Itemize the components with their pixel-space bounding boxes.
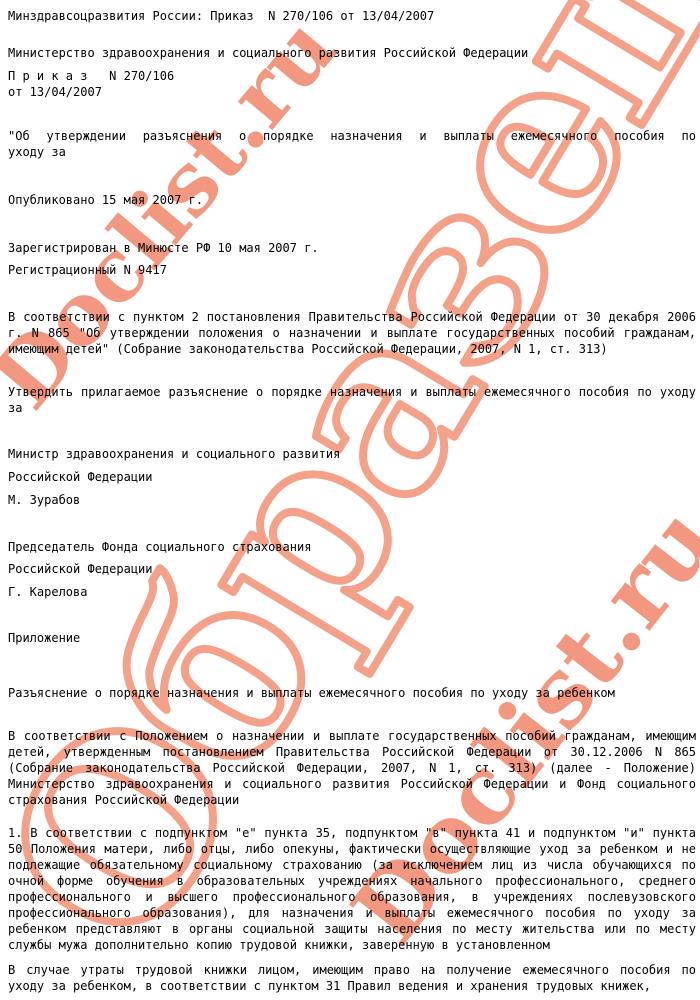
doc-line: Приложение <box>8 630 696 646</box>
doc-line: Утвердить прилагаемое разъяснение о поря… <box>8 384 696 400</box>
document-page: Образец Doclist.ru Doclist.ru Минздравсо… <box>0 0 700 1000</box>
doc-line: Регистрационный N 9417 <box>8 262 696 278</box>
doc-line: Председатель Фонда социального страхован… <box>8 539 696 555</box>
doc-line: Российской Федерации <box>8 469 696 485</box>
doc-paragraph: Российской Федерации <box>8 561 696 577</box>
doc-line: от 13/04/2007 <box>8 84 696 100</box>
doc-line: Зарегистрирован в Минюсте РФ 10 мая 2007… <box>8 240 696 256</box>
doc-paragraph: Регистрационный N 9417 <box>8 262 696 278</box>
doc-line: уходу за <box>8 144 696 160</box>
doc-paragraph: Утвердить прилагаемое разъяснение о поря… <box>8 384 696 416</box>
doc-line: Министерство здравоохранения и социально… <box>8 776 696 792</box>
doc-line: В случае утраты трудовой книжки лицом, и… <box>8 962 696 978</box>
doc-paragraph: Приложение <box>8 630 696 646</box>
doc-line: (Собрание законодательства Российской Фе… <box>8 760 696 776</box>
doc-line: М. Зурабов <box>8 492 696 508</box>
doc-line: г. N 865 "Об утверждении положения о наз… <box>8 325 696 341</box>
doc-line: профессионального и высшего профессионал… <box>8 889 696 905</box>
doc-line: профессионального образования), для назн… <box>8 905 696 921</box>
doc-line: уходу за ребенком, в соответствии с пунк… <box>8 978 696 994</box>
doc-line: страхования Российской Федерации <box>8 792 696 808</box>
doc-line: Министерство здравоохранения и социально… <box>8 45 696 61</box>
document-body: Минздравсоцразвития России: Приказ N 270… <box>8 8 696 994</box>
doc-line: за <box>8 400 696 416</box>
doc-line: Минздравсоцразвития России: Приказ N 270… <box>8 8 696 24</box>
doc-paragraph: "Об утверждении разъяснения о порядке на… <box>8 128 696 160</box>
doc-line: Разъяснение о порядке назначения и выпла… <box>8 685 696 701</box>
doc-line: подлежащие обязательному социальному стр… <box>8 857 696 873</box>
doc-paragraph: Председатель Фонда социального страхован… <box>8 539 696 555</box>
doc-line: Российской Федерации <box>8 561 696 577</box>
doc-paragraph: М. Зурабов <box>8 492 696 508</box>
doc-line: В соответствии с Положением о назначении… <box>8 728 696 744</box>
doc-paragraph: В случае утраты трудовой книжки лицом, и… <box>8 962 696 994</box>
doc-line: 1. В соответствии с подпунктом "е" пункт… <box>8 825 696 841</box>
doc-line: В соответствии с пунктом 2 постановления… <box>8 309 696 325</box>
doc-paragraph: 1. В соответствии с подпунктом "е" пункт… <box>8 825 696 953</box>
doc-line: Г. Карелова <box>8 584 696 600</box>
doc-line: детей, утвержденным постановлением Прави… <box>8 744 696 760</box>
doc-paragraph: В соответствии с Положением о назначении… <box>8 728 696 808</box>
doc-paragraph: П р и к а з N 270/106от 13/04/2007 <box>8 68 696 100</box>
doc-line: имеющим детей" (Собрание законодательств… <box>8 341 696 357</box>
doc-line: ребенком представляют в органы социально… <box>8 921 696 937</box>
doc-paragraph: Министерство здравоохранения и социально… <box>8 45 696 61</box>
doc-paragraph: Минздравсоцразвития России: Приказ N 270… <box>8 8 696 24</box>
doc-line: очной форме обучения в образовательных у… <box>8 873 696 889</box>
doc-paragraph: Российской Федерации <box>8 469 696 485</box>
doc-paragraph: Опубликовано 15 мая 2007 г. <box>8 192 696 208</box>
doc-line: Опубликовано 15 мая 2007 г. <box>8 192 696 208</box>
doc-paragraph: Зарегистрирован в Минюсте РФ 10 мая 2007… <box>8 240 696 256</box>
doc-paragraph: Разъяснение о порядке назначения и выпла… <box>8 685 696 701</box>
doc-paragraph: Министр здравоохранения и социального ра… <box>8 446 696 462</box>
doc-line: П р и к а з N 270/106 <box>8 68 696 84</box>
doc-paragraph: В соответствии с пунктом 2 постановления… <box>8 309 696 357</box>
doc-paragraph: Г. Карелова <box>8 584 696 600</box>
doc-line: Министр здравоохранения и социального ра… <box>8 446 696 462</box>
doc-line: службы мужа дополнительно копию трудовой… <box>8 937 696 953</box>
doc-line: "Об утверждении разъяснения о порядке на… <box>8 128 696 144</box>
doc-line: 50 Положения матери, либо отцы, либо опе… <box>8 841 696 857</box>
